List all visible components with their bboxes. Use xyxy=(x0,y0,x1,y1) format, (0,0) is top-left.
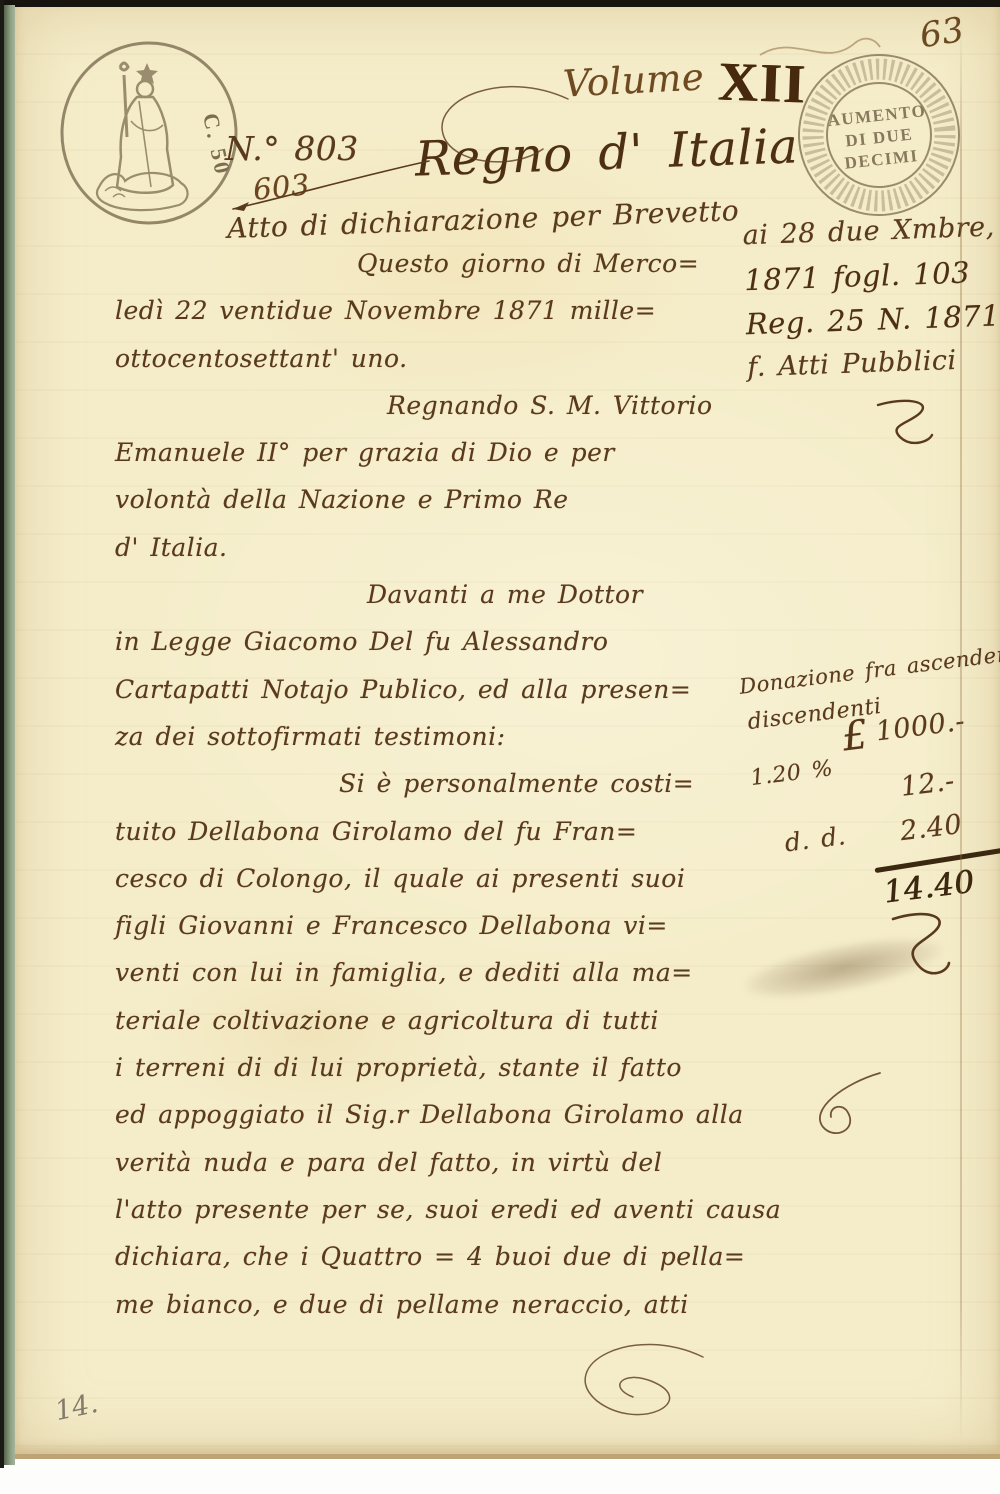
flourish-p-icon xyxy=(795,1065,890,1150)
manuscript-line: Si è personalmente costi= xyxy=(339,760,770,807)
manuscript-line: figli Giovanni e Francesco Dellabona vi= xyxy=(115,902,770,949)
account-fee-1: 12.- xyxy=(899,765,956,802)
manuscript-line: za dei sottofirmati testimoni: xyxy=(115,713,770,760)
document-page: C. 50 63 AUMENTO DI DUE DECIMI Volume XI… xyxy=(15,7,1000,1459)
registration-line: f. Atti Pubblici xyxy=(747,338,993,391)
manuscript-line: Davanti a me Dottor xyxy=(367,571,770,618)
manuscript-line: ottocentosettant' uno. xyxy=(115,335,770,382)
manuscript-line: me bianco, e due di pellame neraccio, at… xyxy=(115,1281,770,1328)
currency-symbol: £ xyxy=(840,712,871,761)
manuscript-line: Cartapatti Notajo Publico, ed alla prese… xyxy=(115,666,770,713)
manuscript-line: Questo giorno di Merco= xyxy=(357,240,770,287)
manuscript-line: cesco di Colongo, il quale ai presenti s… xyxy=(115,855,770,902)
manuscript-line: in Legge Giacomo Del fu Alessandro xyxy=(115,618,770,665)
registration-note: ai 28 due Xmbre, 1871 fogl. 103 Reg. 25 … xyxy=(742,206,993,390)
arrow-stroke-icon xyxy=(223,155,438,217)
scanned-document: C. 50 63 AUMENTO DI DUE DECIMI Volume XI… xyxy=(0,0,1000,1494)
manuscript-line: volontà della Nazione e Primo Re xyxy=(115,476,770,523)
manuscript-line: l'atto presente per se, suoi eredi ed av… xyxy=(115,1186,770,1233)
account-total: 14.40 xyxy=(881,864,976,911)
manuscript-line: ed appoggiato il Sig.r Dellabona Girolam… xyxy=(115,1091,770,1138)
pencil-folio-number: 14. xyxy=(52,1388,100,1427)
manuscript-line: tuito Dellabona Girolamo del fu Fran= xyxy=(115,808,770,855)
manuscript-line: ledì 22 ventidue Novembre 1871 mille= xyxy=(115,287,770,334)
manuscript-line: d' Italia. xyxy=(115,524,770,571)
account-ditto: d. d. xyxy=(783,821,847,857)
account-amount: 1000.- xyxy=(874,706,967,748)
notary-flourish-icon xyxy=(870,395,940,455)
revenue-stamp-seal: C. 50 xyxy=(55,37,245,229)
pencil-stroke-icon xyxy=(755,25,885,75)
book-binding-strip xyxy=(4,5,15,1465)
manuscript-line: i terreni di di lui proprietà, stante il… xyxy=(115,1044,770,1091)
account-flourish-icon xyxy=(883,907,958,997)
flourish-loop-header-icon xyxy=(423,79,573,184)
manuscript-line: dichiara, che i Quattro = 4 buoi due di … xyxy=(115,1233,770,1280)
manuscript-line: venti con lui in famiglia, e dediti alla… xyxy=(115,949,770,996)
manuscript-line: Regnando S. M. Vittorio xyxy=(387,382,770,429)
manuscript-line: teriale coltivazione e agricoltura di tu… xyxy=(115,997,770,1044)
scan-edge-top xyxy=(0,0,1000,7)
manuscript-line: Emanuele II° per grazia di Dio e per xyxy=(115,429,770,476)
volume-label: Volume xyxy=(562,55,705,105)
manuscript-body: Questo giorno di Merco= ledì 22 ventidue… xyxy=(115,240,770,1328)
margin-account-note: Donazione fra ascendenti e discendenti £… xyxy=(738,643,998,675)
manuscript-line: verità nuda e para del fatto, in virtù d… xyxy=(115,1139,770,1186)
account-label-line-1: Donazione fra ascendenti e xyxy=(738,637,1000,699)
account-fee-2: 2.40 xyxy=(898,809,963,847)
flourish-loop-bottom-icon xyxy=(543,1335,713,1440)
italia-figure-icon xyxy=(97,63,188,210)
